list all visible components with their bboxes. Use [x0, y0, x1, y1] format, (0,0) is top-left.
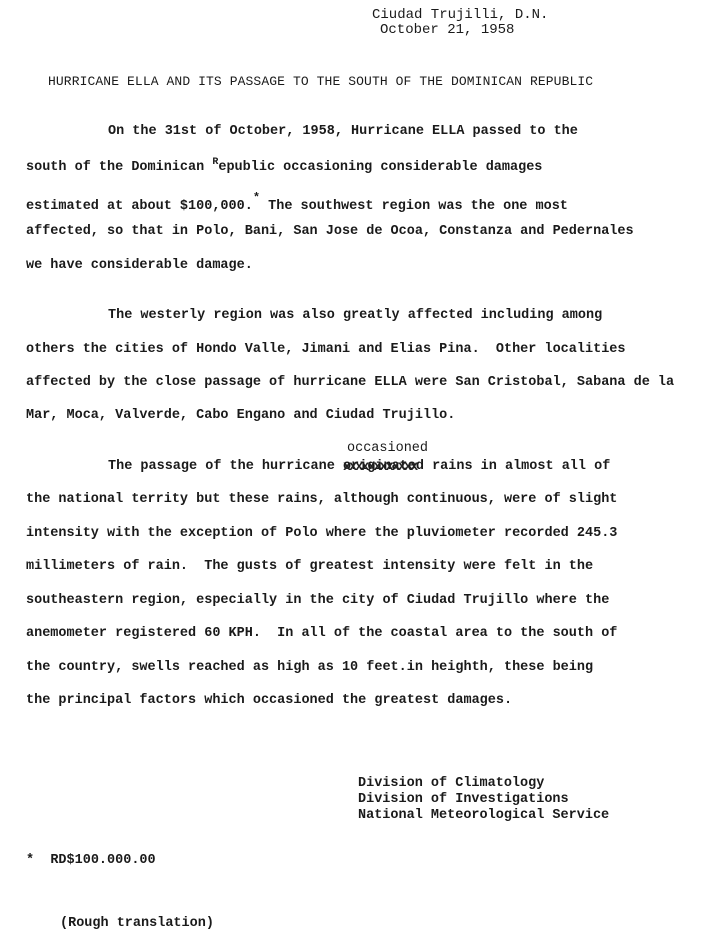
translation-note: (Rough translation) [60, 916, 214, 931]
text-line: others the cities of Hondo Valle, Jimani… [26, 342, 626, 357]
signature-line: National Meteorological Service [358, 808, 609, 824]
text-line: On the 31st of October, 1958, Hurricane … [108, 124, 578, 139]
text-line: affected, so that in Polo, Bani, San Jos… [26, 224, 634, 239]
text-line: we have considerable damage. [26, 258, 253, 273]
text-fragment: The passage of the hurricane [108, 459, 343, 474]
struck-word: originatedxxxxxxxxxxxx [343, 459, 424, 474]
text-fragment: south of the Dominican [26, 160, 212, 175]
text-line: millimeters of rain. The gusts of greate… [26, 559, 593, 574]
text-line: south of the Dominican Republic occasion… [26, 157, 542, 175]
strikeout-overtype: xxxxxxxxxxxx [343, 460, 416, 475]
text-fragment: epublic occasioning considerable damages [218, 160, 542, 175]
footnote: * RD$100.000.00 [26, 853, 156, 868]
text-fragment: The southwest region was the one most [260, 199, 568, 214]
footnote-marker: * [253, 191, 260, 205]
text-line: affected by the close passage of hurrica… [26, 375, 674, 390]
footnote-text: RD$100.000.00 [50, 853, 155, 868]
text-fragment: estimated at about $100,000. [26, 199, 253, 214]
text-line: southeastern region, especially in the c… [26, 593, 609, 608]
document-title: HURRICANE ELLA AND ITS PASSAGE TO THE SO… [48, 74, 593, 89]
text-line: anemometer registered 60 KPH. In all of … [26, 626, 617, 641]
text-line: the principal factors which occasioned t… [26, 693, 512, 708]
text-line: estimated at about $100,000.* The southw… [26, 191, 568, 214]
document-date: October 21, 1958 [380, 23, 514, 38]
text-line: Mar, Moca, Valverde, Cabo Engano and Ciu… [26, 408, 455, 423]
signature-line: Division of Investigations [358, 792, 569, 808]
handwritten-insertion: occasioned [347, 441, 428, 456]
text-line: The westerly region was also greatly aff… [108, 308, 602, 323]
text-line: the national territy but these rains, al… [26, 492, 617, 507]
signature-line: Division of Climatology [358, 776, 544, 792]
text-line: the country, swells reached as high as 1… [26, 660, 593, 675]
text-line: intensity with the exception of Polo whe… [26, 526, 617, 541]
footnote-marker: * [26, 853, 34, 868]
text-line: The passage of the hurricane originatedx… [108, 459, 610, 474]
document-place: Ciudad Trujilli, D.N. [372, 8, 548, 23]
text-fragment: rains in almost all of [424, 459, 610, 474]
